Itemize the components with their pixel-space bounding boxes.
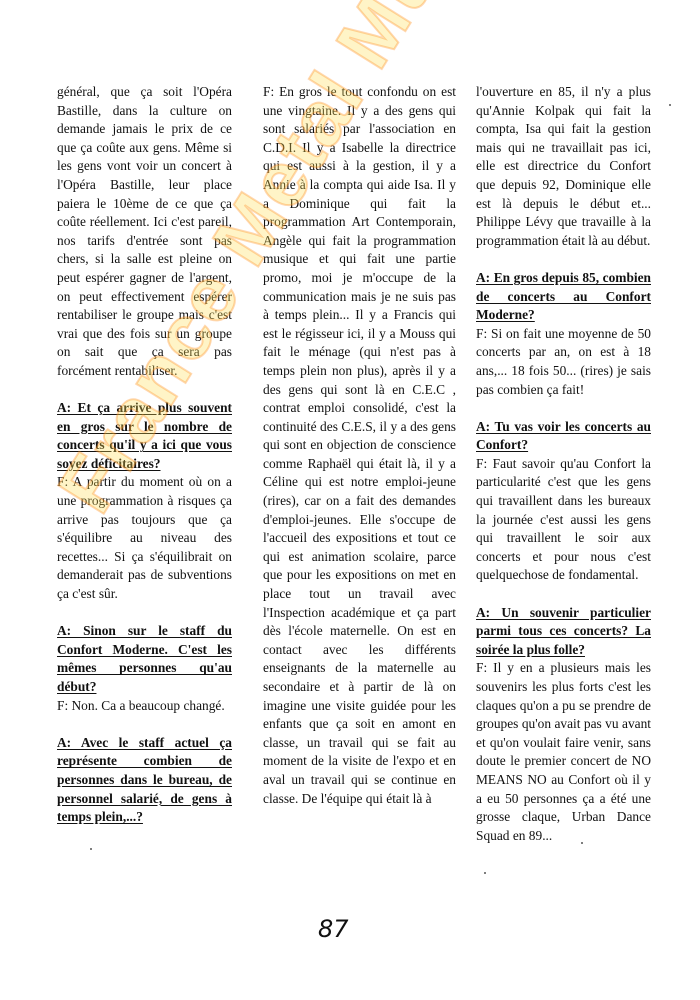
interview-question: A: Sinon sur le staff du Confort Moderne… bbox=[57, 623, 232, 694]
scan-speck bbox=[581, 842, 583, 844]
interview-answer: F: Non. Ca a beaucoup changé. bbox=[57, 697, 232, 716]
qa-block: A: Sinon sur le staff du Confort Moderne… bbox=[57, 622, 232, 715]
interview-question: A: Tu vas voir les concerts au Confort? bbox=[476, 419, 651, 453]
page-number: 87 bbox=[318, 915, 349, 943]
scanned-page: général, que ça soit l'Opéra Bastille, d… bbox=[0, 0, 700, 1000]
scan-speck bbox=[669, 104, 671, 106]
interview-answer: F: Faut savoir qu'au Confort la particul… bbox=[476, 455, 651, 585]
answer-paragraph: F: En gros le tout confondu on est une v… bbox=[263, 83, 456, 808]
qa-block: A: Et ça arrive plus souvent en gros sur… bbox=[57, 399, 232, 604]
qa-block: A: En gros depuis 85, combien de concert… bbox=[476, 269, 651, 399]
interview-question: A: Un souvenir particulier parmi tous ce… bbox=[476, 605, 651, 657]
qa-block: A: Un souvenir particulier parmi tous ce… bbox=[476, 604, 651, 846]
interview-question: A: Et ça arrive plus souvent en gros sur… bbox=[57, 400, 232, 471]
column-2: F: En gros le tout confondu on est une v… bbox=[263, 83, 456, 808]
qa-block: A: Avec le staff actuel ça représente co… bbox=[57, 734, 232, 827]
qa-block: A: Tu vas voir les concerts au Confort? … bbox=[476, 418, 651, 585]
interview-question: A: En gros depuis 85, combien de concert… bbox=[476, 270, 651, 322]
answer-paragraph: l'ouverture en 85, il n'y a plus qu'Anni… bbox=[476, 83, 651, 250]
interview-answer: F: A partir du moment où on a une progra… bbox=[57, 473, 232, 603]
scan-speck bbox=[484, 872, 486, 874]
answer-paragraph: général, que ça soit l'Opéra Bastille, d… bbox=[57, 83, 232, 381]
column-3: l'ouverture en 85, il n'y a plus qu'Anni… bbox=[476, 83, 651, 845]
interview-answer: F: Si on fait une moyenne de 50 concerts… bbox=[476, 325, 651, 399]
scan-speck bbox=[90, 848, 92, 850]
interview-question: A: Avec le staff actuel ça représente co… bbox=[57, 735, 232, 824]
column-1: général, que ça soit l'Opéra Bastille, d… bbox=[57, 83, 232, 827]
interview-answer: F: Il y en a plusieurs mais les souvenir… bbox=[476, 659, 651, 845]
